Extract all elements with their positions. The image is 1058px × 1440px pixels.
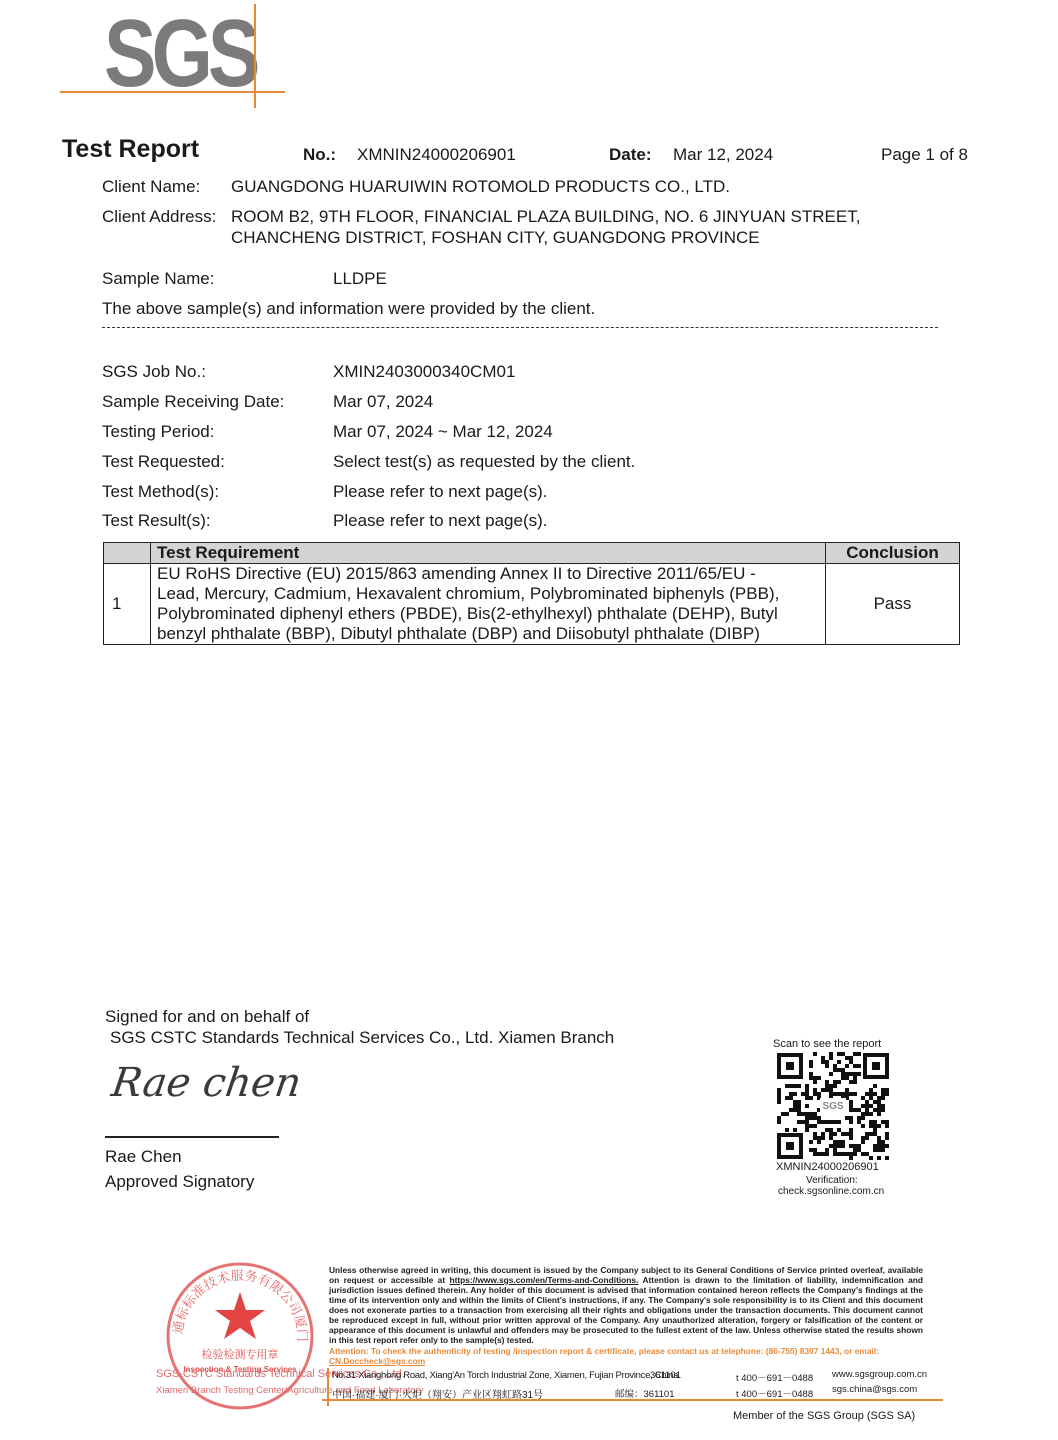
qr-code-icon[interactable]: SGS <box>776 1052 890 1160</box>
row-number: 1 <box>104 564 151 645</box>
date-value: Mar 12, 2024 <box>673 145 773 165</box>
detail-label-receiving-date: Sample Receiving Date: <box>102 391 284 412</box>
detail-label-job-no: SGS Job No.: <box>102 361 206 382</box>
table-row: 1 EU RoHS Directive (EU) 2015/863 amendi… <box>104 564 960 645</box>
detail-value-testing-period: Mar 07, 2024 ~ Mar 12, 2024 <box>333 421 553 442</box>
test-requirement-table: Test Requirement Conclusion 1 EU RoHS Di… <box>103 542 960 645</box>
svg-text:检验检测专用章: 检验检测专用章 <box>202 1347 279 1361</box>
page-title: Test Report <box>62 135 199 164</box>
report-no-value: XMNIN24000206901 <box>357 145 516 165</box>
sample-note: The above sample(s) and information were… <box>102 298 595 319</box>
qr-caption: Scan to see the report <box>773 1038 881 1050</box>
attention-text: Attention: To check the authenticity of … <box>329 1346 879 1356</box>
client-name-label: Client Name: <box>102 176 200 197</box>
detail-value-test-methods: Please refer to next page(s). <box>333 481 548 502</box>
detail-value-receiving-date: Mar 07, 2024 <box>333 391 433 412</box>
requirement-line: Lead, Mercury, Cadmium, Hexavalent chrom… <box>157 584 819 604</box>
date-label: Date: <box>609 145 652 165</box>
telephone-1: t 400－691－0488 <box>736 1370 813 1384</box>
qr-verification-label: Verification: <box>806 1175 858 1186</box>
header-requirement: Test Requirement <box>151 543 826 564</box>
member-note: Member of the SGS Group (SGS SA) <box>733 1410 915 1422</box>
report-no-label: No.: <box>303 145 336 165</box>
signatory-name: Rae Chen <box>105 1147 182 1167</box>
detail-value-test-requested: Select test(s) as requested by the clien… <box>333 451 635 472</box>
website-link[interactable]: www.sgsgroup.com.cn <box>832 1369 927 1380</box>
terms-link[interactable]: https://www.sgs.com/en/Terms-and-Conditi… <box>449 1275 638 1285</box>
requirement-line: EU RoHS Directive (EU) 2015/863 amending… <box>157 564 819 584</box>
detail-label-test-methods: Test Method(s): <box>102 481 219 502</box>
handwritten-signature: Rae chen <box>109 1060 304 1106</box>
telephone-2: t 400－691－0488 <box>736 1386 813 1400</box>
client-address-label: Client Address: <box>102 206 216 227</box>
sample-name-label: Sample Name: <box>102 268 214 289</box>
client-name-value: GUANGDONG HUARUIWIN ROTOMOLD PRODUCTS CO… <box>231 176 730 197</box>
authenticity-notice: Attention: To check the authenticity of … <box>329 1346 929 1366</box>
detail-label-test-requested: Test Requested: <box>102 451 225 472</box>
table-header-row: Test Requirement Conclusion <box>104 543 960 564</box>
zip-english: 361101 <box>650 1370 681 1381</box>
row-conclusion: Pass <box>826 564 960 645</box>
address-chinese: 中国·福建·厦门·火炬（翔安）产业区翔虹路31号 <box>332 1386 543 1401</box>
detail-value-test-results: Please refer to next page(s). <box>333 510 548 531</box>
qr-report-no: XMNIN24000206901 <box>776 1161 879 1173</box>
signature-line <box>105 1136 279 1138</box>
sgs-logo: SGS <box>104 6 255 102</box>
detail-value-job-no: XMIN2403000340CM01 <box>333 361 515 382</box>
zip-chinese: 邮编：361101 <box>615 1386 675 1400</box>
header-num <box>104 543 151 564</box>
address-english: No.31 Xianghong Road, Xiang'An Torch Ind… <box>332 1370 680 1381</box>
requirement-line: benzyl phthalate (BBP), Dibutyl phthalat… <box>157 624 819 644</box>
doccheck-email-link[interactable]: CN.Doccheck@sgs.com <box>329 1356 425 1366</box>
page-indicator: Page 1 of 8 <box>881 145 968 165</box>
client-address-line2: CHANCHENG DISTRICT, FOSHAN CITY, GUANGDO… <box>231 227 760 248</box>
signatory-title: Approved Signatory <box>105 1172 254 1192</box>
signed-on-behalf-line1: Signed for and on behalf of <box>105 1007 309 1027</box>
detail-label-testing-period: Testing Period: <box>102 421 214 442</box>
sample-name-value: LLDPE <box>333 268 387 289</box>
email-link[interactable]: sgs.china@sgs.com <box>832 1384 917 1395</box>
logo-divider-vertical <box>254 4 256 108</box>
header-conclusion: Conclusion <box>826 543 960 564</box>
svg-text:SGS: SGS <box>822 1101 843 1112</box>
qr-verification-url[interactable]: check.sgsonline.com.cn <box>778 1186 884 1197</box>
detail-label-test-results: Test Result(s): <box>102 510 211 531</box>
logo-divider-horizontal <box>60 91 285 93</box>
section-divider <box>102 327 938 328</box>
legal-disclaimer: Unless otherwise agreed in writing, this… <box>329 1265 923 1345</box>
signed-on-behalf-line2: SGS CSTC Standards Technical Services Co… <box>110 1028 614 1048</box>
requirement-line: Polybrominated diphenyl ethers (PBDE), B… <box>157 604 819 624</box>
client-address-line1: ROOM B2, 9TH FLOOR, FINANCIAL PLAZA BUIL… <box>231 206 860 227</box>
row-requirement: EU RoHS Directive (EU) 2015/863 amending… <box>151 564 826 645</box>
disclaimer-text-cont: Attention is drawn to the limitation of … <box>329 1275 923 1345</box>
